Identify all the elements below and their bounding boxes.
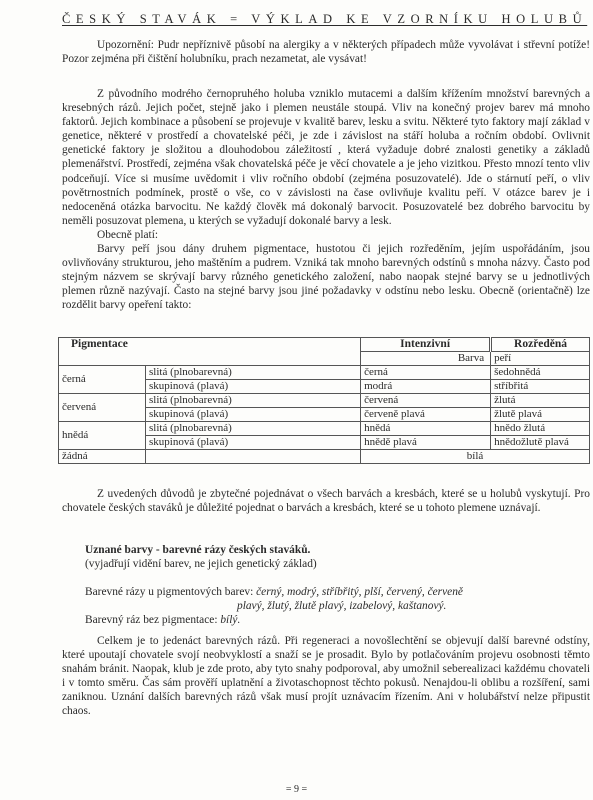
final-block: Celkem je to jedenáct barevných rázů. Př… <box>62 634 590 719</box>
warning-text: Upozornění: Pudr nepříznivě působí na al… <box>62 38 590 66</box>
pigment-colors-list-1: černý, modrý, stříbřitý, plší, červený, … <box>256 586 463 598</box>
nonpigment-label: Barevný ráz bez pigmentace: <box>85 614 220 626</box>
warning-block: Upozornění: Pudr nepříznivě působí na al… <box>62 38 590 66</box>
nonpigment-value: bílý. <box>220 614 240 626</box>
header-rozredena: Rozředěná <box>491 338 590 352</box>
table-row: hnědá slitá (plnobarevná) hnědá hnědo žl… <box>59 422 590 436</box>
nonpigment-line: Barevný ráz bez pigmentace: bílý. <box>85 613 590 627</box>
page-number: = 9 = <box>0 784 593 795</box>
paragraph-pigments: Barvy peří jsou dány druhem pigmentace, … <box>62 242 590 312</box>
section-heading: Uznané barvy - barevné rázy českých stav… <box>85 543 590 557</box>
table-row: žádná bílá <box>59 450 590 464</box>
conclusion-block: Z uvedených důvodů je zbytečné pojednáva… <box>62 487 590 515</box>
general-rule-label: Obecně platí: <box>62 228 590 242</box>
page-title: ČESKÝ STAVÁK = VÝKLAD KE VZORNÍKU HOLUBŮ <box>62 12 502 27</box>
table-row: červená slitá (plnobarevná) červená žlut… <box>59 394 590 408</box>
pigmentation-table: Pigmentace Intenzivní Rozředěná Barva pe… <box>58 337 590 464</box>
header-pigmentace: Pigmentace <box>59 338 361 366</box>
table-row: černá slitá (plnobarevná) černá šedohněd… <box>59 366 590 380</box>
pigment-colors-label: Barevné rázy u pigmentových barev: <box>85 586 256 598</box>
paragraph-eleven-colors: Celkem je to jedenáct barevných rázů. Př… <box>62 634 590 719</box>
pigment-colors-list-2: plavý, žlutý, žlutě plavý, izabelový, ka… <box>85 599 590 613</box>
header-peri: peří <box>491 352 590 366</box>
pigment-colors-line: Barevné rázy u pigmentových barev: černý… <box>85 585 590 599</box>
intro-block: Z původního modrého černopruhého holuba … <box>62 87 590 313</box>
paragraph-origin: Z původního modrého černopruhého holuba … <box>62 87 590 228</box>
header-intenzivni: Intenzivní <box>361 338 491 352</box>
recognized-colors-section: Uznané barvy - barevné rázy českých stav… <box>85 543 590 627</box>
header-barva: Barva <box>361 352 491 366</box>
section-subheading: (vyjadřují vidění barev, ne jejich genet… <box>85 557 590 571</box>
paragraph-reasons: Z uvedených důvodů je zbytečné pojednáva… <box>62 487 590 515</box>
